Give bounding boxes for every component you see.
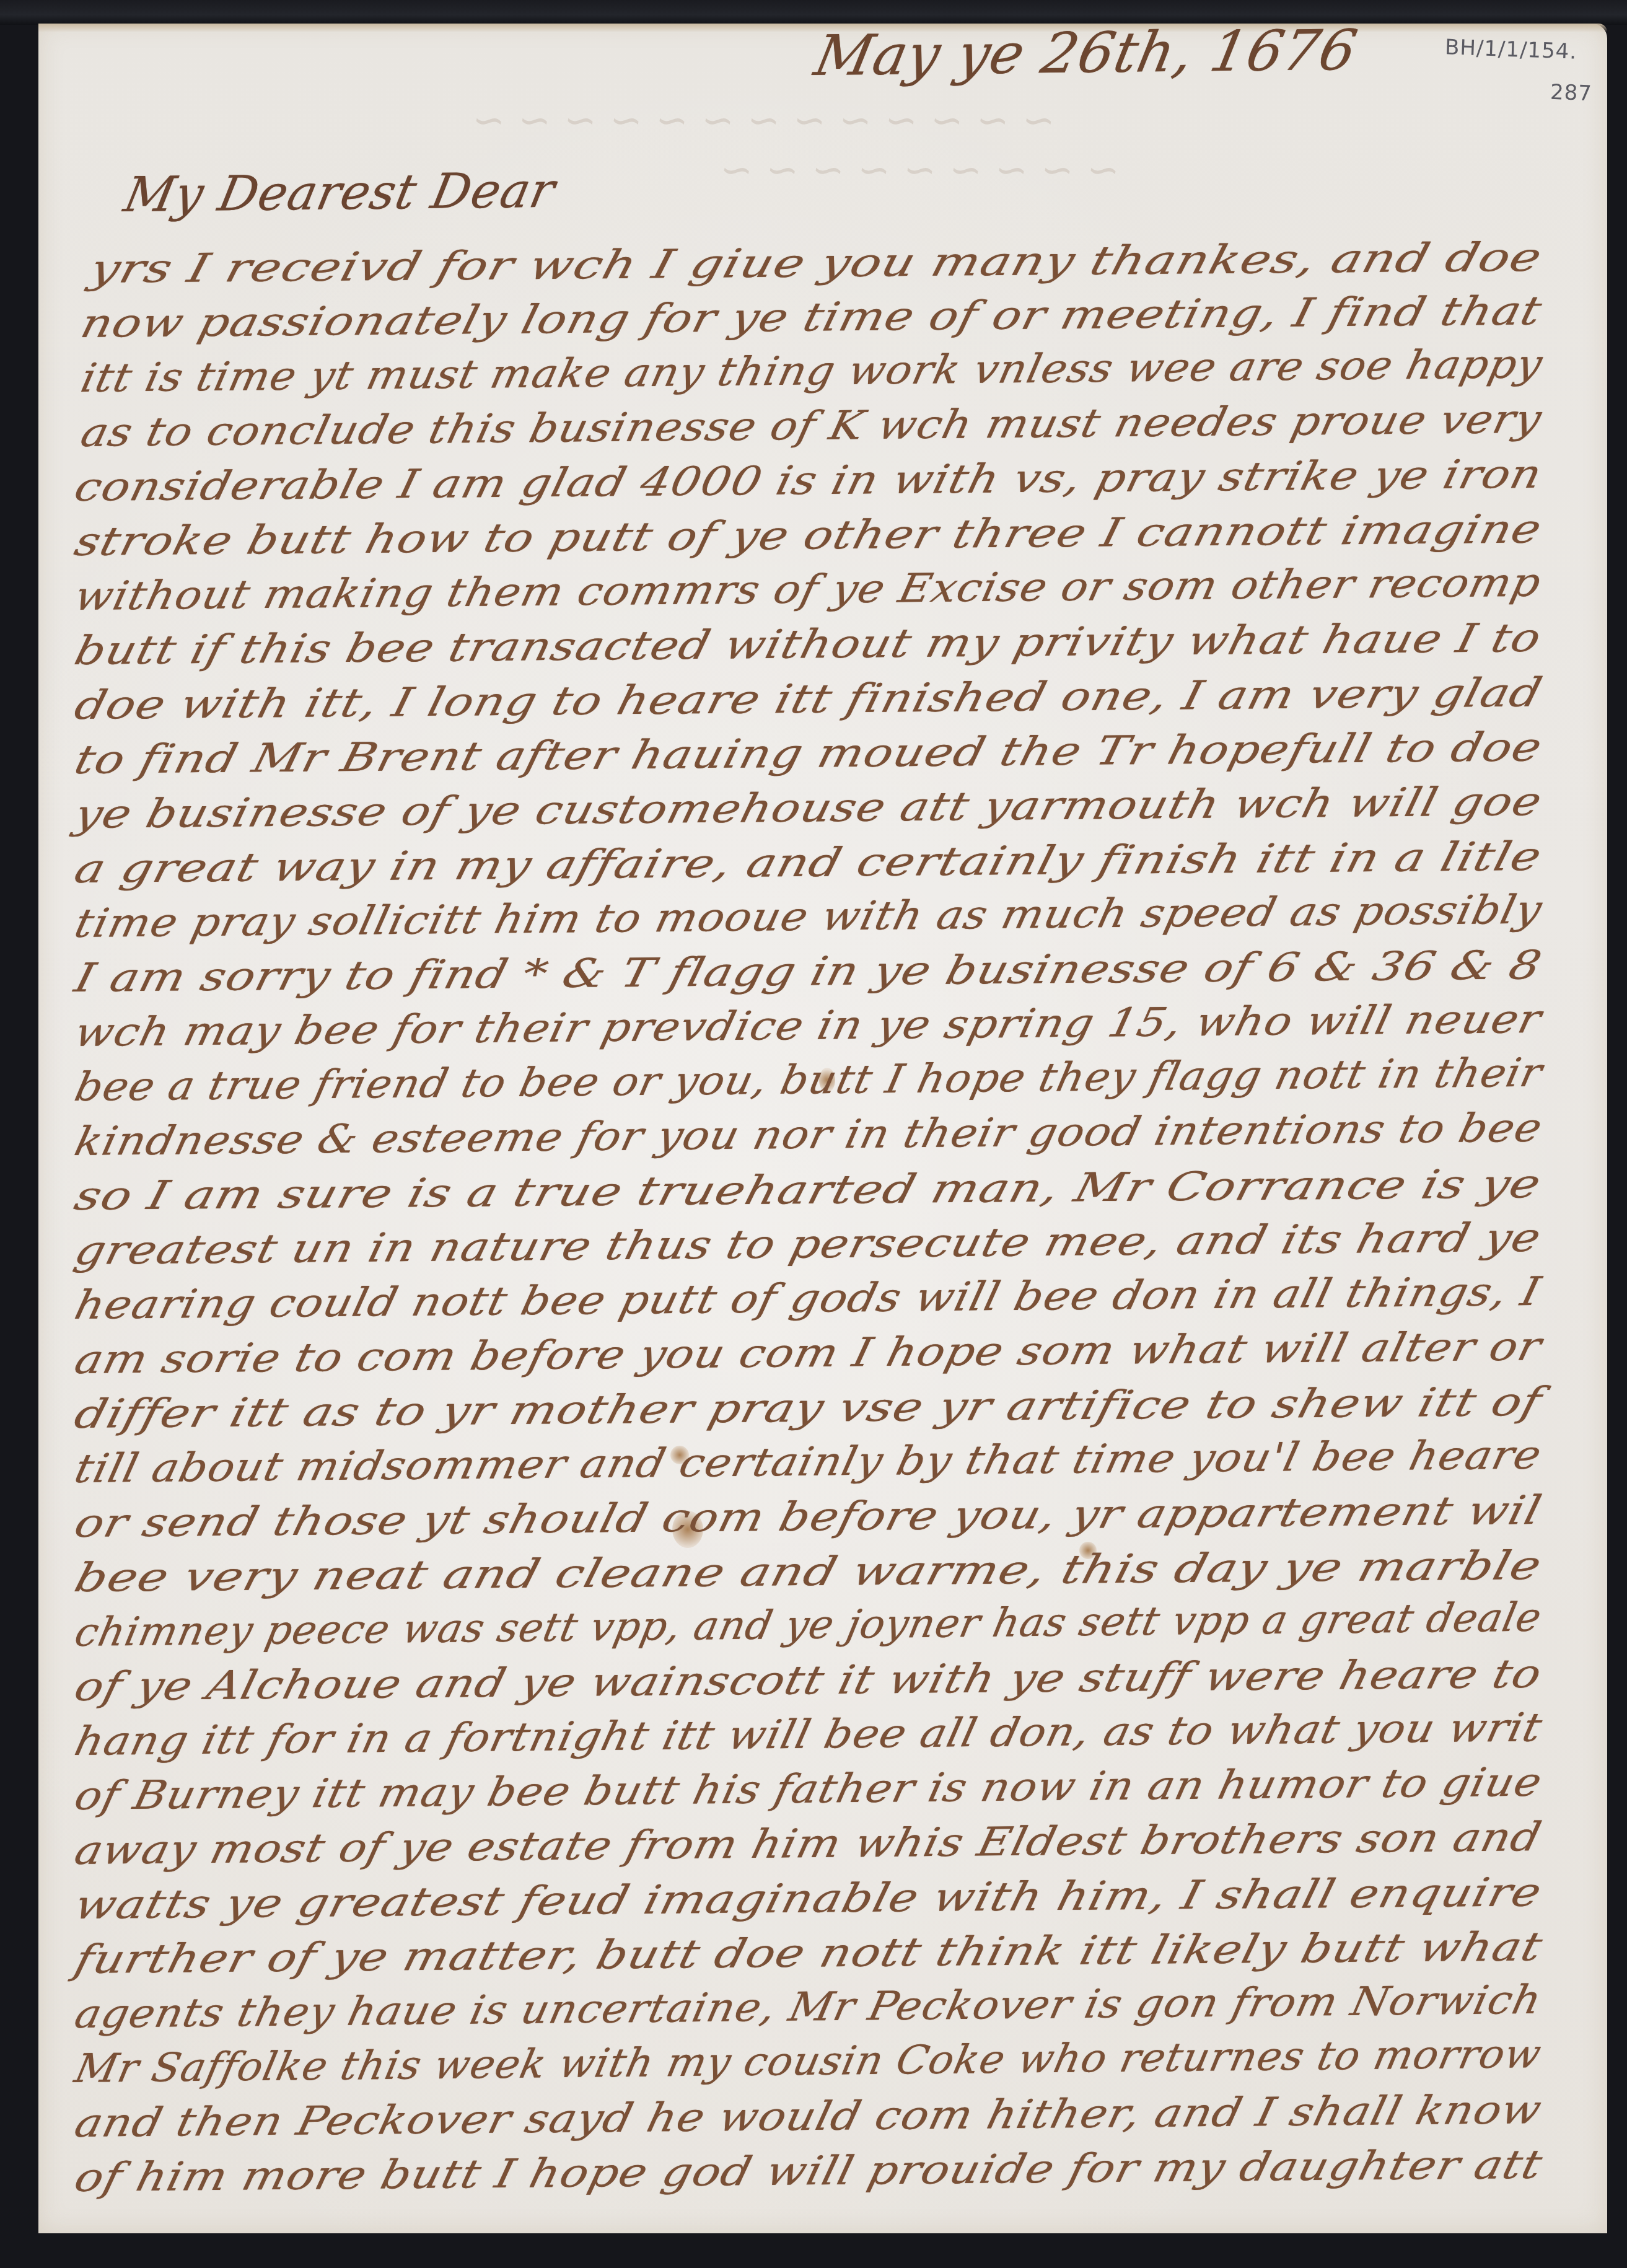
letter-line: greatest un in nature thus to persecute … [70, 1215, 1546, 1274]
letter-line: hearing could nott bee putt of gods will… [71, 1269, 1546, 1329]
show-through-text: ~ ~ ~ ~ ~ ~ ~ ~ ~ [716, 147, 1123, 193]
letter-line: and then Peckover sayd he would com hith… [71, 2087, 1546, 2147]
letter-line: considerable I am glad 4000 is in with v… [70, 452, 1546, 511]
letter-line: bee very neat and cleane and warme, this… [70, 1543, 1546, 1601]
letter-line: of ye Alchoue and ye wainscott it with y… [70, 1651, 1546, 1710]
letter-line: am sorie to com before you com I hope so… [70, 1324, 1546, 1383]
letter-line: time pray sollicitt him to mooue with as… [71, 887, 1546, 947]
letter-line: away most of ye estate from him whis Eld… [71, 1814, 1546, 1874]
letter-line: butt if this bee transacted without my p… [70, 615, 1546, 674]
letter-line: till about midsommer and certainly by th… [71, 1433, 1546, 1492]
letter-line: or send those yt should com before you, … [70, 1488, 1546, 1547]
letter-line: differ itt as to yr mother pray vse yr a… [70, 1379, 1546, 1438]
folio-number: 287 [1550, 80, 1592, 106]
letter-line: doe with itt, I long to heare itt finish… [70, 670, 1547, 729]
letter-line: yrs I receivd for wch I giue you many th… [86, 235, 1547, 292]
letter-line: of Burney itt may bee butt his father is… [71, 1760, 1546, 1819]
letter-page: ~ ~ ~ ~ ~ ~ ~ ~ ~ ~ ~ ~ ~ ~ ~ ~ ~ ~ ~ ~ … [38, 24, 1607, 2233]
letter-line: itt is time yt must make any thing work … [77, 341, 1547, 402]
letter-line: I am sorry to find * & T flagg in ye bus… [70, 943, 1546, 1001]
letter-line: of him more butt I hope god will prouide… [70, 2142, 1547, 2201]
letter-line: to find Mr Brent after hauing moued the … [70, 724, 1547, 783]
letter-line: a great way in my affaire, and certainly… [70, 834, 1546, 892]
date-line: May ye 26th, 1676 [809, 18, 1362, 89]
letter-line: ye businesse of ye customehouse att yarm… [70, 779, 1546, 838]
letter-line: watts ye greatest feud imaginable with h… [70, 1870, 1546, 1928]
letter-line: wch may bee for their prevdice in ye spr… [71, 996, 1546, 1056]
letter-line: without making them commrs of ye Excise … [71, 560, 1546, 620]
letter-line: as to conclude this businesse of K wch m… [77, 397, 1546, 456]
letter-line: so I am sure is a true trueharted man, M… [70, 1161, 1546, 1220]
frame-top-edge [0, 0, 1627, 25]
letter-line: kindnesse & esteeme for you nor in their… [71, 1105, 1547, 1165]
letter-line: further of ye matter, butt doe nott thin… [70, 1924, 1547, 1983]
archive-reference: BH/1/1/154. [1444, 35, 1577, 64]
letter-line: chimney peece was sett vpp, and ye joyne… [71, 1595, 1545, 1656]
letter-line: stroke butt how to putt of ye other thre… [70, 506, 1546, 565]
letter-line: Mr Saffolke this week with my cousin Cok… [71, 2031, 1545, 2092]
salutation: My Dearest Dear [120, 163, 560, 223]
letter-line: now passionately long for ye time of or … [76, 288, 1546, 347]
letter-line: bee a true friend to bee or you, butt I … [71, 1050, 1546, 1110]
letter-line: agents they haue is uncertaine, Mr Pecko… [71, 1977, 1546, 2037]
show-through-text: ~ ~ ~ ~ ~ ~ ~ ~ ~ ~ ~ ~ ~ [468, 98, 1059, 144]
letter-line: hang itt for in a fortnight itt will bee… [71, 1705, 1546, 1765]
